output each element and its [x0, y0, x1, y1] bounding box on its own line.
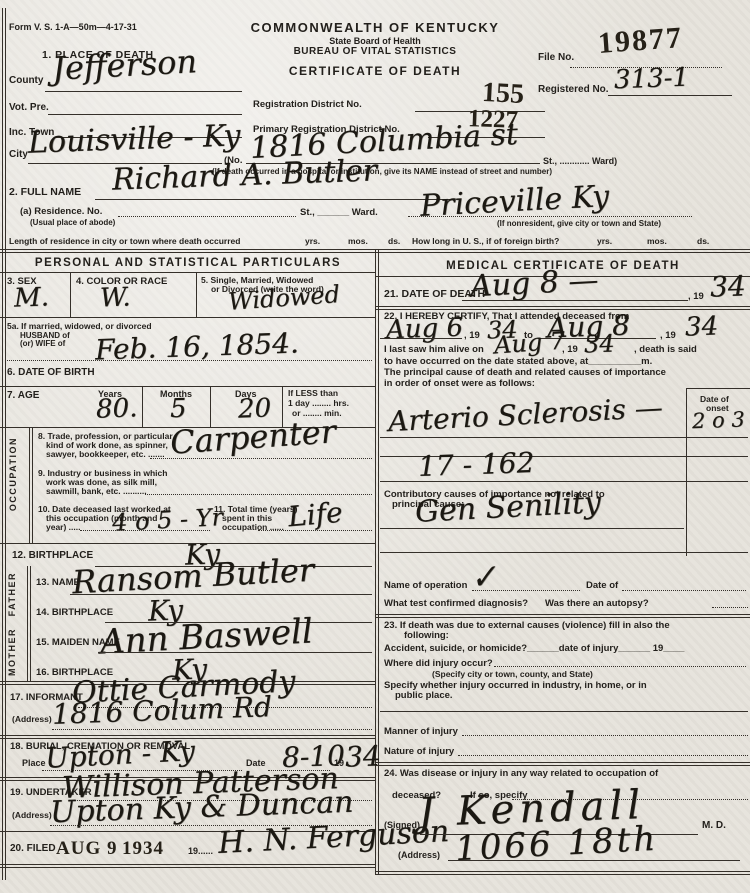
total-time-line — [258, 530, 372, 531]
right-column-bottom — [376, 871, 750, 875]
physician-address-line — [448, 860, 740, 861]
from-year-printed: , 19 — [464, 330, 480, 341]
last-worked-line — [80, 530, 210, 531]
state-board-subtitle: State Board of Health — [225, 36, 525, 46]
left-edge-rule-outer — [2, 8, 3, 880]
left-column-bottom — [0, 864, 376, 868]
burial-year-handwriting: 34 — [344, 739, 381, 773]
residence-st-ward-label: St., ______ Ward. — [300, 207, 378, 218]
registration-district-label: Registration District No. — [253, 99, 362, 110]
date-of-birth-label: 6. DATE OF BIRTH — [7, 367, 95, 378]
bureau-subtitle: BUREAU OF VITAL STATISTICS — [225, 46, 525, 57]
death-certificate-scan: Form V. S. 1-A—50m—4-17-31 COMMONWEALTH … — [0, 0, 750, 893]
informant-address-handwriting: 1816 Colum Rd — [51, 690, 272, 731]
operation-date-label: Date of — [586, 580, 618, 591]
md-label: M. D. — [702, 820, 726, 831]
industry-label-3: sawmill, bank, etc. .......... — [46, 486, 147, 496]
left-edge-rule-inner — [5, 8, 6, 880]
date-of-death-year-handwriting: 34 — [709, 269, 746, 303]
father-side-label: FATHER — [7, 572, 17, 616]
county-label: County — [9, 75, 43, 86]
city-label: City — [9, 149, 28, 160]
date-of-death-handwriting: Aug 8 — — [469, 263, 599, 305]
age-years-handwriting: 80. — [95, 393, 137, 424]
age-months-handwriting: 5 — [169, 394, 187, 425]
filed-year-printed: 19...... — [188, 846, 213, 856]
last-worked-handwriting: 4 o 5 - Yr — [111, 503, 223, 537]
abode-note: (Usual place of abode) — [30, 218, 115, 227]
sex-row-bottom — [0, 317, 376, 318]
filed-month-stamp: AUG 9 — [56, 838, 117, 860]
last-saw-label: I last saw him alive on — [384, 344, 484, 355]
trade-label-3: sawyer, bookkeeper, etc. ....... — [46, 449, 165, 459]
county-line — [45, 91, 242, 92]
informant-address-label: (Address) — [12, 714, 52, 724]
mother-box-divider — [27, 622, 31, 682]
last-saw-year-handwriting: 34 — [584, 329, 616, 358]
onset-box-top — [686, 388, 750, 389]
file-no-stamp: 19877 — [597, 21, 684, 61]
manner-line — [462, 735, 748, 736]
contributory-line-2 — [380, 552, 748, 553]
occupation-box-divider — [29, 427, 33, 543]
certify-line-4: in order of onset were as follows: — [384, 378, 535, 389]
personal-title: PERSONAL AND STATISTICAL PARTICULARS — [0, 257, 376, 269]
length-yrs-label: yrs. — [305, 236, 320, 246]
mother-maiden-line — [98, 652, 372, 653]
injury-where-line — [494, 666, 746, 667]
last-worked-label-3: year) ..... — [46, 522, 81, 532]
occupation-side-label: OCCUPATION — [8, 437, 18, 511]
st-ward-label: St., ............ Ward) — [543, 156, 617, 166]
husband-wife-label-1: 5a. If married, widowed, or divorced — [7, 321, 152, 331]
father-box-divider — [27, 566, 31, 622]
foreign-ds-label: ds. — [697, 236, 709, 246]
certify-line-3: The principal cause of death and related… — [384, 367, 666, 378]
registered-no-line — [608, 95, 732, 96]
cause-line-1 — [380, 437, 748, 438]
external-line-4: Where did injury occur? — [384, 658, 493, 669]
certificate-title: CERTIFICATE OF DEATH — [225, 64, 525, 78]
age-label: 7. AGE — [7, 390, 39, 401]
husband-wife-line — [7, 360, 372, 361]
residence-line — [408, 216, 692, 217]
trade-handwriting: Carpenter — [169, 412, 337, 461]
filed-year-stamp: 1934 — [122, 838, 164, 860]
voting-precinct-label: Vot. Pre. — [9, 102, 49, 113]
undertaker-address-label: (Address) — [12, 810, 52, 820]
trade-line — [150, 458, 372, 459]
date-of-death-line — [462, 300, 688, 301]
residence-handwriting: Priceville Ky — [419, 179, 610, 224]
form-number: Form V. S. 1-A—50m—4-17-31 — [9, 22, 137, 32]
full-name-handwriting: Richard A. Butler — [111, 153, 377, 197]
external-line-5: (Specify city or town, county, and State… — [432, 669, 593, 679]
manner-of-injury-label: Manner of injury — [384, 726, 458, 737]
father-name-line — [70, 594, 372, 595]
nature-line — [458, 755, 748, 756]
attended-from-line — [380, 338, 462, 339]
sex-handwriting: M. — [13, 282, 49, 313]
external-bottom-line — [380, 711, 748, 712]
nonresident-note: (If nonresident, give city or town and S… — [497, 219, 661, 228]
filed-label: 20. FILED — [10, 843, 56, 854]
color-race-handwriting: W. — [99, 282, 130, 313]
operation-checkmark: ✓ — [467, 556, 499, 597]
file-no-label: File No. — [538, 52, 574, 63]
occupation-question-1: 24. Was disease or injury in any way rel… — [384, 768, 658, 779]
operation-date-line — [622, 590, 746, 591]
operation-line — [472, 590, 580, 591]
length-ds-label: ds. — [388, 236, 400, 246]
length-mos-label: mos. — [348, 236, 368, 246]
less-than-label-2: 1 day ........ hrs. — [288, 398, 349, 408]
foreign-yrs-label: yrs. — [597, 236, 612, 246]
cause-code-handwriting: 17 - 162 — [417, 446, 534, 483]
column-divider — [375, 249, 379, 875]
sex-color-divider — [70, 272, 71, 317]
external-line-2: following: — [404, 630, 449, 641]
date-of-death-year-printed: , 19 — [688, 291, 704, 302]
operation-label: Name of operation — [384, 580, 467, 591]
full-name-line — [95, 199, 455, 200]
autopsy-separator — [376, 614, 750, 618]
industry-line — [145, 494, 372, 495]
informant-address-line — [52, 729, 372, 730]
color-marital-divider — [196, 272, 197, 317]
test-label: What test confirmed diagnosis? — [384, 598, 528, 609]
registered-no-label: Registered No. — [538, 84, 609, 95]
foreign-birth-label: How long in U. S., if of foreign birth? — [412, 236, 559, 246]
cause-line-3 — [380, 481, 748, 482]
principal-cause-handwriting: Arterio Sclerosis — — [387, 391, 663, 438]
birthplace-label: 12. BIRTHPLACE — [12, 550, 93, 561]
autopsy-line — [712, 607, 748, 608]
burial-place-label: Place — [22, 758, 46, 768]
last-saw-tail: , death is said — [634, 344, 697, 355]
foreign-mos-label: mos. — [647, 236, 667, 246]
personal-title-rule — [0, 272, 376, 273]
husband-wife-label-3: (or) WIFE of — [20, 339, 65, 348]
injury-separator — [376, 762, 750, 766]
county-handwriting: Jefferson — [51, 42, 198, 88]
father-birthplace-label: 14. BIRTHPLACE — [36, 607, 113, 618]
last-saw-year-printed: , 19 — [562, 344, 578, 355]
commonwealth-title: COMMONWEALTH OF KENTUCKY — [225, 20, 525, 35]
external-line-7: public place. — [395, 690, 453, 701]
length-residence-label: Length of residence in city or town wher… — [9, 236, 240, 246]
total-time-handwriting: Life — [287, 496, 344, 534]
attended-from-handwriting: Aug 6 — [385, 313, 463, 346]
autopsy-label: Was there an autopsy? — [545, 598, 649, 609]
certify-line-2: to have occurred on the date stated abov… — [384, 356, 652, 367]
full-name-label: 2. FULL NAME — [9, 186, 81, 198]
onset-box-left — [686, 388, 687, 556]
age-years-divider — [142, 386, 143, 427]
residence-label: (a) Residence. No. — [20, 206, 102, 217]
date-of-death-separator — [376, 306, 750, 310]
to-year-handwriting: 34 — [684, 311, 718, 342]
voting-precinct-line — [48, 114, 242, 115]
physician-address-label: (Address) — [398, 850, 440, 860]
registered-no-handwriting: 313-1 — [613, 63, 689, 96]
signed-label: (Signed) — [384, 820, 420, 830]
less-than-label-1: If LESS than — [288, 388, 338, 398]
residence-no-line — [118, 216, 296, 217]
nature-of-injury-label: Nature of injury — [384, 746, 454, 757]
contributory-line-1 — [380, 528, 684, 529]
last-saw-handwriting: Aug 7 — [493, 327, 566, 360]
city-handwriting: Louisville - Ky — [27, 118, 241, 160]
cause-onset-handwriting: 2 o 3 y — [692, 407, 750, 433]
external-line-3: Accident, suicide, or homicide?______dat… — [384, 643, 684, 654]
age-table-top — [0, 386, 376, 387]
to-year-printed: , 19 — [660, 330, 676, 341]
mother-side-label: MOTHER — [7, 628, 17, 676]
